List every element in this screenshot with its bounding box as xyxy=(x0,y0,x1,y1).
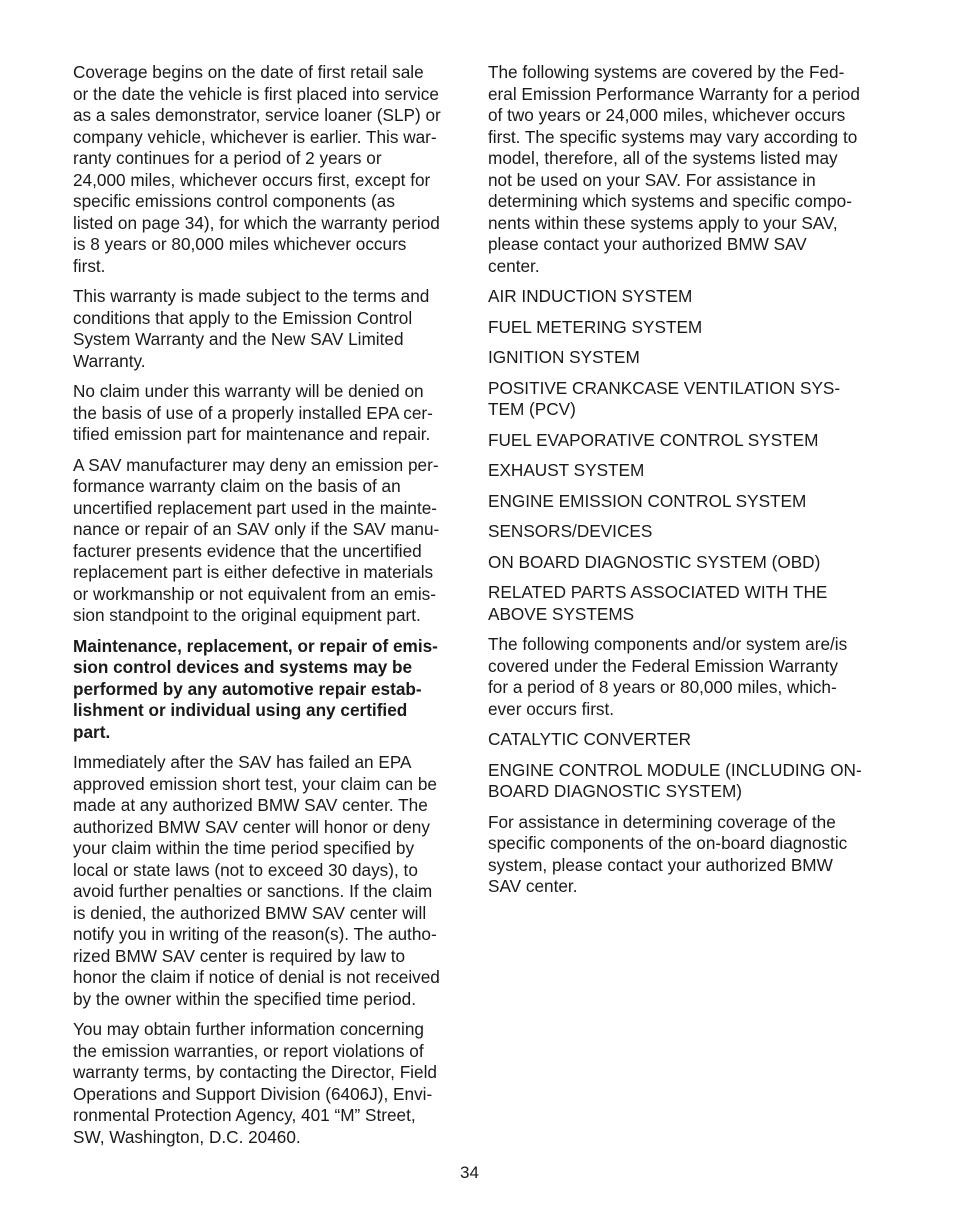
text-line: replacement part is either defective in … xyxy=(73,562,473,584)
text-line: For assistance in determining coverage o… xyxy=(488,812,888,834)
text-line: ENGINE EMISSION CONTROL SYSTEM xyxy=(488,491,888,513)
text-line: is 8 years or 80,000 miles whichever occ… xyxy=(73,234,473,256)
text-line: SAV center. xyxy=(488,876,888,898)
text-line: sion standpoint to the original equipmen… xyxy=(73,605,473,627)
text-line: The following components and/or system a… xyxy=(488,634,888,656)
text-line: Operations and Support Division (6406J),… xyxy=(73,1084,473,1106)
text-line: EXHAUST SYSTEM xyxy=(488,460,888,482)
bold-paragraph: Maintenance, replacement, or repair of e… xyxy=(73,636,473,744)
right-column: The following systems are covered by the… xyxy=(488,62,888,907)
text-line: performed by any automotive repair estab… xyxy=(73,679,473,701)
text-line: This warranty is made subject to the ter… xyxy=(73,286,473,308)
paragraph: EXHAUST SYSTEM xyxy=(488,460,888,482)
text-line: for a period of 8 years or 80,000 miles,… xyxy=(488,677,888,699)
text-line: TEM (PCV) xyxy=(488,399,888,421)
paragraph: No claim under this warranty will be den… xyxy=(73,381,473,446)
text-line: determining which systems and specific c… xyxy=(488,191,888,213)
left-column: Coverage begins on the date of first ret… xyxy=(73,62,473,1157)
text-line: nance or repair of an SAV only if the SA… xyxy=(73,519,473,541)
paragraph: Coverage begins on the date of first ret… xyxy=(73,62,473,277)
text-line: System Warranty and the New SAV Limited xyxy=(73,329,473,351)
text-line: BOARD DIAGNOSTIC SYSTEM) xyxy=(488,781,888,803)
text-line: A SAV manufacturer may deny an emission … xyxy=(73,455,473,477)
text-line: nents within these systems apply to your… xyxy=(488,213,888,235)
text-line: SW, Washington, D.C. 20460. xyxy=(73,1127,473,1149)
text-line: is denied, the authorized BMW SAV center… xyxy=(73,903,473,925)
text-line: conditions that apply to the Emission Co… xyxy=(73,308,473,330)
text-line: No claim under this warranty will be den… xyxy=(73,381,473,403)
text-line: lishment or individual using any certifi… xyxy=(73,700,473,722)
text-line: eral Emission Performance Warranty for a… xyxy=(488,84,888,106)
text-line: SENSORS/DEVICES xyxy=(488,521,888,543)
text-line: RELATED PARTS ASSOCIATED WITH THE xyxy=(488,582,888,604)
text-line: the basis of use of a properly installed… xyxy=(73,403,473,425)
text-line: first. The specific systems may vary acc… xyxy=(488,127,888,149)
text-line: or the date the vehicle is first placed … xyxy=(73,84,473,106)
text-line: The following systems are covered by the… xyxy=(488,62,888,84)
paragraph: ENGINE CONTROL MODULE (INCLUDING ON-BOAR… xyxy=(488,760,888,803)
text-line: sion control devices and systems may be xyxy=(73,657,473,679)
text-line: covered under the Federal Emission Warra… xyxy=(488,656,888,678)
text-line: as a sales demonstrator, service loaner … xyxy=(73,105,473,127)
paragraph: ENGINE EMISSION CONTROL SYSTEM xyxy=(488,491,888,513)
text-line: notify you in writing of the reason(s). … xyxy=(73,924,473,946)
paragraph: ON BOARD DIAGNOSTIC SYSTEM (OBD) xyxy=(488,552,888,574)
text-line: avoid further penalties or sanctions. If… xyxy=(73,881,473,903)
text-line: listed on page 34), for which the warran… xyxy=(73,213,473,235)
text-line: Coverage begins on the date of first ret… xyxy=(73,62,473,84)
text-line: first. xyxy=(73,256,473,278)
text-line: approved emission short test, your claim… xyxy=(73,774,473,796)
text-line: of two years or 24,000 miles, whichever … xyxy=(488,105,888,127)
text-line: specific emissions control components (a… xyxy=(73,191,473,213)
paragraph: POSITIVE CRANKCASE VENTILATION SYS-TEM (… xyxy=(488,378,888,421)
text-line: ENGINE CONTROL MODULE (INCLUDING ON- xyxy=(488,760,888,782)
paragraph: FUEL EVAPORATIVE CONTROL SYSTEM xyxy=(488,430,888,452)
text-line: uncertified replacement part used in the… xyxy=(73,498,473,520)
text-line: FUEL EVAPORATIVE CONTROL SYSTEM xyxy=(488,430,888,452)
paragraph: The following components and/or system a… xyxy=(488,634,888,720)
text-line: company vehicle, whichever is earlier. T… xyxy=(73,127,473,149)
text-line: or workmanship or not equivalent from an… xyxy=(73,584,473,606)
paragraph: The following systems are covered by the… xyxy=(488,62,888,277)
text-line: IGNITION SYSTEM xyxy=(488,347,888,369)
text-line: not be used on your SAV. For assistance … xyxy=(488,170,888,192)
text-line: please contact your authorized BMW SAV xyxy=(488,234,888,256)
text-line: Immediately after the SAV has failed an … xyxy=(73,752,473,774)
text-line: center. xyxy=(488,256,888,278)
text-line: model, therefore, all of the systems lis… xyxy=(488,148,888,170)
text-line: AIR INDUCTION SYSTEM xyxy=(488,286,888,308)
paragraph: A SAV manufacturer may deny an emission … xyxy=(73,455,473,627)
text-line: tified emission part for maintenance and… xyxy=(73,424,473,446)
paragraph: CATALYTIC CONVERTER xyxy=(488,729,888,751)
text-line: POSITIVE CRANKCASE VENTILATION SYS- xyxy=(488,378,888,400)
paragraph: This warranty is made subject to the ter… xyxy=(73,286,473,372)
paragraph: Immediately after the SAV has failed an … xyxy=(73,752,473,1010)
text-line: facturer presents evidence that the unce… xyxy=(73,541,473,563)
paragraph: SENSORS/DEVICES xyxy=(488,521,888,543)
text-line: by the owner within the specified time p… xyxy=(73,989,473,1011)
text-line: system, please contact your authorized B… xyxy=(488,855,888,877)
text-line: 24,000 miles, whichever occurs first, ex… xyxy=(73,170,473,192)
text-line: warranty terms, by contacting the Direct… xyxy=(73,1062,473,1084)
text-line: CATALYTIC CONVERTER xyxy=(488,729,888,751)
paragraph: You may obtain further information conce… xyxy=(73,1019,473,1148)
text-line: ranty continues for a period of 2 years … xyxy=(73,148,473,170)
paragraph: FUEL METERING SYSTEM xyxy=(488,317,888,339)
paragraph: AIR INDUCTION SYSTEM xyxy=(488,286,888,308)
text-line: authorized BMW SAV center will honor or … xyxy=(73,817,473,839)
page-number: 34 xyxy=(460,1163,479,1183)
paragraph: IGNITION SYSTEM xyxy=(488,347,888,369)
text-line: made at any authorized BMW SAV center. T… xyxy=(73,795,473,817)
text-line: ronmental Protection Agency, 401 “M” Str… xyxy=(73,1105,473,1127)
text-line: your claim within the time period specif… xyxy=(73,838,473,860)
text-line: ABOVE SYSTEMS xyxy=(488,604,888,626)
text-line: ever occurs first. xyxy=(488,699,888,721)
text-line: ON BOARD DIAGNOSTIC SYSTEM (OBD) xyxy=(488,552,888,574)
text-line: specific components of the on-board diag… xyxy=(488,833,888,855)
text-line: local or state laws (not to exceed 30 da… xyxy=(73,860,473,882)
text-line: You may obtain further information conce… xyxy=(73,1019,473,1041)
text-line: FUEL METERING SYSTEM xyxy=(488,317,888,339)
text-line: honor the claim if notice of denial is n… xyxy=(73,967,473,989)
text-line: formance warranty claim on the basis of … xyxy=(73,476,473,498)
paragraph: RELATED PARTS ASSOCIATED WITH THEABOVE S… xyxy=(488,582,888,625)
text-line: Warranty. xyxy=(73,351,473,373)
text-line: rized BMW SAV center is required by law … xyxy=(73,946,473,968)
paragraph: For assistance in determining coverage o… xyxy=(488,812,888,898)
text-line: the emission warranties, or report viola… xyxy=(73,1041,473,1063)
text-line: Maintenance, replacement, or repair of e… xyxy=(73,636,473,658)
text-line: part. xyxy=(73,722,473,744)
